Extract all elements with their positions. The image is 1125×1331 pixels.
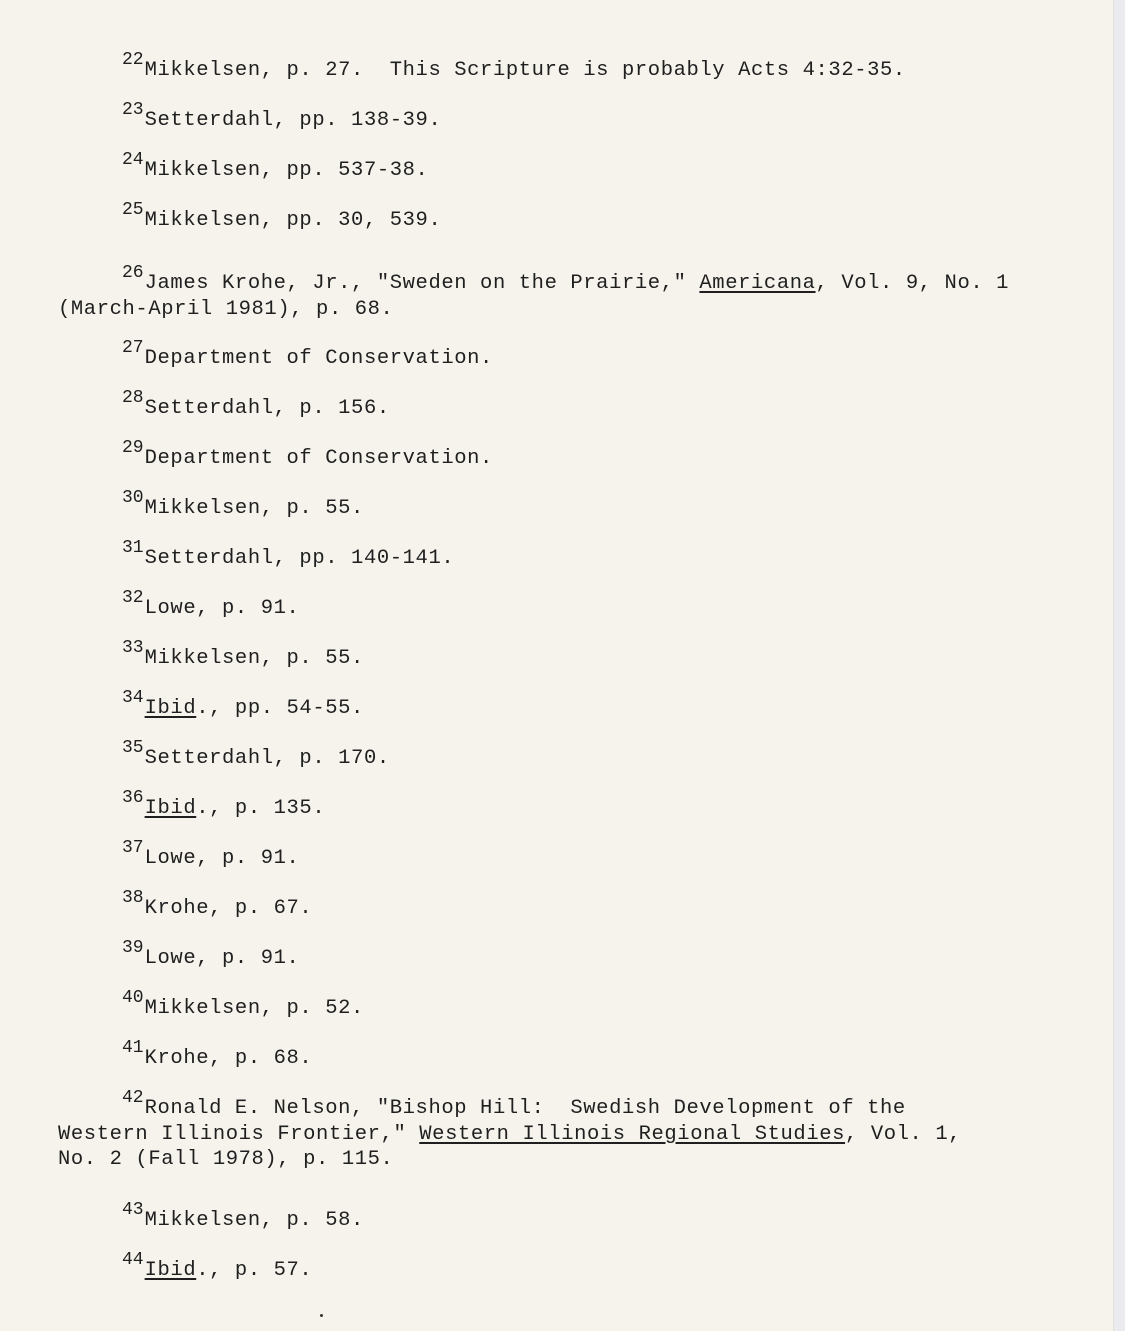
endnote-line: 25Mikkelsen, pp. 30, 539. — [58, 208, 1038, 234]
endnote-number: 34 — [122, 688, 144, 708]
endnote-number: 40 — [122, 988, 144, 1008]
endnote: 30Mikkelsen, p. 55. — [58, 496, 1038, 522]
endnote-line: 37Lowe, p. 91. — [58, 846, 1038, 872]
underlined-title: Ibid — [145, 697, 197, 720]
endnote-text: Mikkelsen, p. 58. — [145, 1209, 364, 1232]
endnote-number: 28 — [122, 388, 144, 408]
endnote: 43Mikkelsen, p. 58. — [58, 1208, 1038, 1234]
endnote-number: 32 — [122, 588, 144, 608]
endnote-number: 39 — [122, 938, 144, 958]
endnote-number: 44 — [122, 1250, 144, 1270]
endnote: 41Krohe, p. 68. — [58, 1046, 1038, 1072]
endnote-line: 39Lowe, p. 91. — [58, 946, 1038, 972]
endnote-text: Lowe, p. 91. — [145, 597, 300, 620]
endnote: 29Department of Conservation. — [58, 446, 1038, 472]
endnote-text: (March-April 1981), p. 68. — [58, 298, 393, 321]
endnote: 28Setterdahl, p. 156. — [58, 396, 1038, 422]
endnote: 39Lowe, p. 91. — [58, 946, 1038, 972]
endnote: 26James Krohe, Jr., "Sweden on the Prair… — [58, 271, 1038, 322]
endnote-text: Setterdahl, p. 170. — [145, 747, 390, 770]
endnote-text: Lowe, p. 91. — [145, 847, 300, 870]
endnote: 32Lowe, p. 91. — [58, 596, 1038, 622]
underlined-title: Western Illinois Regional Studies — [419, 1123, 845, 1146]
endnote-line: 22Mikkelsen, p. 27. This Scripture is pr… — [58, 58, 1038, 84]
endnote-number: 26 — [122, 263, 144, 283]
endnote-line: 41Krohe, p. 68. — [58, 1046, 1038, 1072]
endnote: 38Krohe, p. 67. — [58, 896, 1038, 922]
endnote-text: , Vol. 1, — [845, 1123, 961, 1146]
endnote-number: 25 — [122, 200, 144, 220]
endnote-text: Mikkelsen, p. 52. — [145, 997, 364, 1020]
endnote-number: 35 — [122, 738, 144, 758]
endnote-line: 36Ibid., p. 135. — [58, 796, 1038, 822]
endnote-number: 22 — [122, 50, 144, 70]
endnote-line: 33Mikkelsen, p. 55. — [58, 646, 1038, 672]
endnote-number: 24 — [122, 150, 144, 170]
endnote-text: Mikkelsen, p. 55. — [145, 647, 364, 670]
endnote: 22Mikkelsen, p. 27. This Scripture is pr… — [58, 58, 1038, 84]
endnote: 25Mikkelsen, pp. 30, 539. — [58, 208, 1038, 234]
endnote-line: 30Mikkelsen, p. 55. — [58, 496, 1038, 522]
endnote: 36Ibid., p. 135. — [58, 796, 1038, 822]
endnote-line: 40Mikkelsen, p. 52. — [58, 996, 1038, 1022]
endnote-line: 44Ibid., p. 57. — [58, 1258, 1038, 1284]
endnote-line: 27Department of Conservation. — [58, 346, 1038, 372]
endnote-text: Department of Conservation. — [145, 447, 493, 470]
page-edge — [1113, 0, 1125, 1331]
underlined-title: Ibid — [145, 1259, 197, 1282]
endnote-number: 33 — [122, 638, 144, 658]
endnote-number: 37 — [122, 838, 144, 858]
endnote-text: No. 2 (Fall 1978), p. 115. — [58, 1148, 393, 1171]
endnote: 35Setterdahl, p. 170. — [58, 746, 1038, 772]
endnote-number: 29 — [122, 438, 144, 458]
endnote-line: 28Setterdahl, p. 156. — [58, 396, 1038, 422]
endnote-line: 34Ibid., pp. 54-55. — [58, 696, 1038, 722]
endnote-line: 24Mikkelsen, pp. 537-38. — [58, 158, 1038, 184]
endnote-line: 35Setterdahl, p. 170. — [58, 746, 1038, 772]
endnote-text: ., pp. 54-55. — [196, 697, 364, 720]
endnote-line: No. 2 (Fall 1978), p. 115. — [58, 1147, 1038, 1172]
endnote-line: 38Krohe, p. 67. — [58, 896, 1038, 922]
endnote-text: Mikkelsen, p. 27. This Scripture is prob… — [145, 59, 906, 82]
endnote: 27Department of Conservation. — [58, 346, 1038, 372]
endnote-text: Mikkelsen, pp. 537-38. — [145, 159, 429, 182]
endnote-number: 30 — [122, 488, 144, 508]
endnote: 23Setterdahl, pp. 138-39. — [58, 108, 1038, 134]
endnote-number: 41 — [122, 1038, 144, 1058]
endnote-line: Western Illinois Frontier," Western Illi… — [58, 1122, 1038, 1147]
endnote-text: Krohe, p. 68. — [145, 1047, 313, 1070]
endnote-number: 31 — [122, 538, 144, 558]
endnote-number: 38 — [122, 888, 144, 908]
underlined-title: Americana — [699, 272, 815, 295]
endnote: 44Ibid., p. 57. — [58, 1258, 1038, 1284]
endnote-text: ., p. 135. — [196, 797, 325, 820]
endnote-number: 23 — [122, 100, 144, 120]
endnote-number: 42 — [122, 1088, 144, 1108]
endnote-line: 29Department of Conservation. — [58, 446, 1038, 472]
endnote-text: Ronald E. Nelson, "Bishop Hill: Swedish … — [145, 1097, 906, 1120]
endnote-line: 23Setterdahl, pp. 138-39. — [58, 108, 1038, 134]
endnote-line: (March-April 1981), p. 68. — [58, 297, 1038, 322]
endnote-text: Setterdahl, pp. 138-39. — [145, 109, 442, 132]
endnote-line: 26James Krohe, Jr., "Sweden on the Prair… — [58, 271, 1038, 297]
endnote-text: Mikkelsen, pp. 30, 539. — [145, 209, 442, 232]
endnote-line: 31Setterdahl, pp. 140-141. — [58, 546, 1038, 572]
endnote: 24Mikkelsen, pp. 537-38. — [58, 158, 1038, 184]
ink-speck — [320, 1314, 323, 1317]
endnote-text: ., p. 57. — [196, 1259, 312, 1282]
endnote-number: 36 — [122, 788, 144, 808]
endnote: 33Mikkelsen, p. 55. — [58, 646, 1038, 672]
endnote: 34Ibid., pp. 54-55. — [58, 696, 1038, 722]
endnote-text: Western Illinois Frontier," — [58, 1123, 419, 1146]
endnote-line: 43Mikkelsen, p. 58. — [58, 1208, 1038, 1234]
endnote: 31Setterdahl, pp. 140-141. — [58, 546, 1038, 572]
endnote-text: Mikkelsen, p. 55. — [145, 497, 364, 520]
endnote-text: Krohe, p. 67. — [145, 897, 313, 920]
endnote-number: 43 — [122, 1200, 144, 1220]
underlined-title: Ibid — [145, 797, 197, 820]
endnote-text: , Vol. 9, No. 1 — [816, 272, 1010, 295]
endnote: 40Mikkelsen, p. 52. — [58, 996, 1038, 1022]
endnote-text: Lowe, p. 91. — [145, 947, 300, 970]
endnote-line: 32Lowe, p. 91. — [58, 596, 1038, 622]
scanned-page: 22Mikkelsen, p. 27. This Scripture is pr… — [0, 0, 1113, 1331]
endnote-text: Setterdahl, p. 156. — [145, 397, 390, 420]
endnote-number: 27 — [122, 338, 144, 358]
endnote-text: Setterdahl, pp. 140-141. — [145, 547, 455, 570]
endnote: 37Lowe, p. 91. — [58, 846, 1038, 872]
endnote: 42Ronald E. Nelson, "Bishop Hill: Swedis… — [58, 1096, 1038, 1172]
endnote-text: Department of Conservation. — [145, 347, 493, 370]
endnote-text: James Krohe, Jr., "Sweden on the Prairie… — [145, 272, 700, 295]
endnote-line: 42Ronald E. Nelson, "Bishop Hill: Swedis… — [58, 1096, 1038, 1122]
